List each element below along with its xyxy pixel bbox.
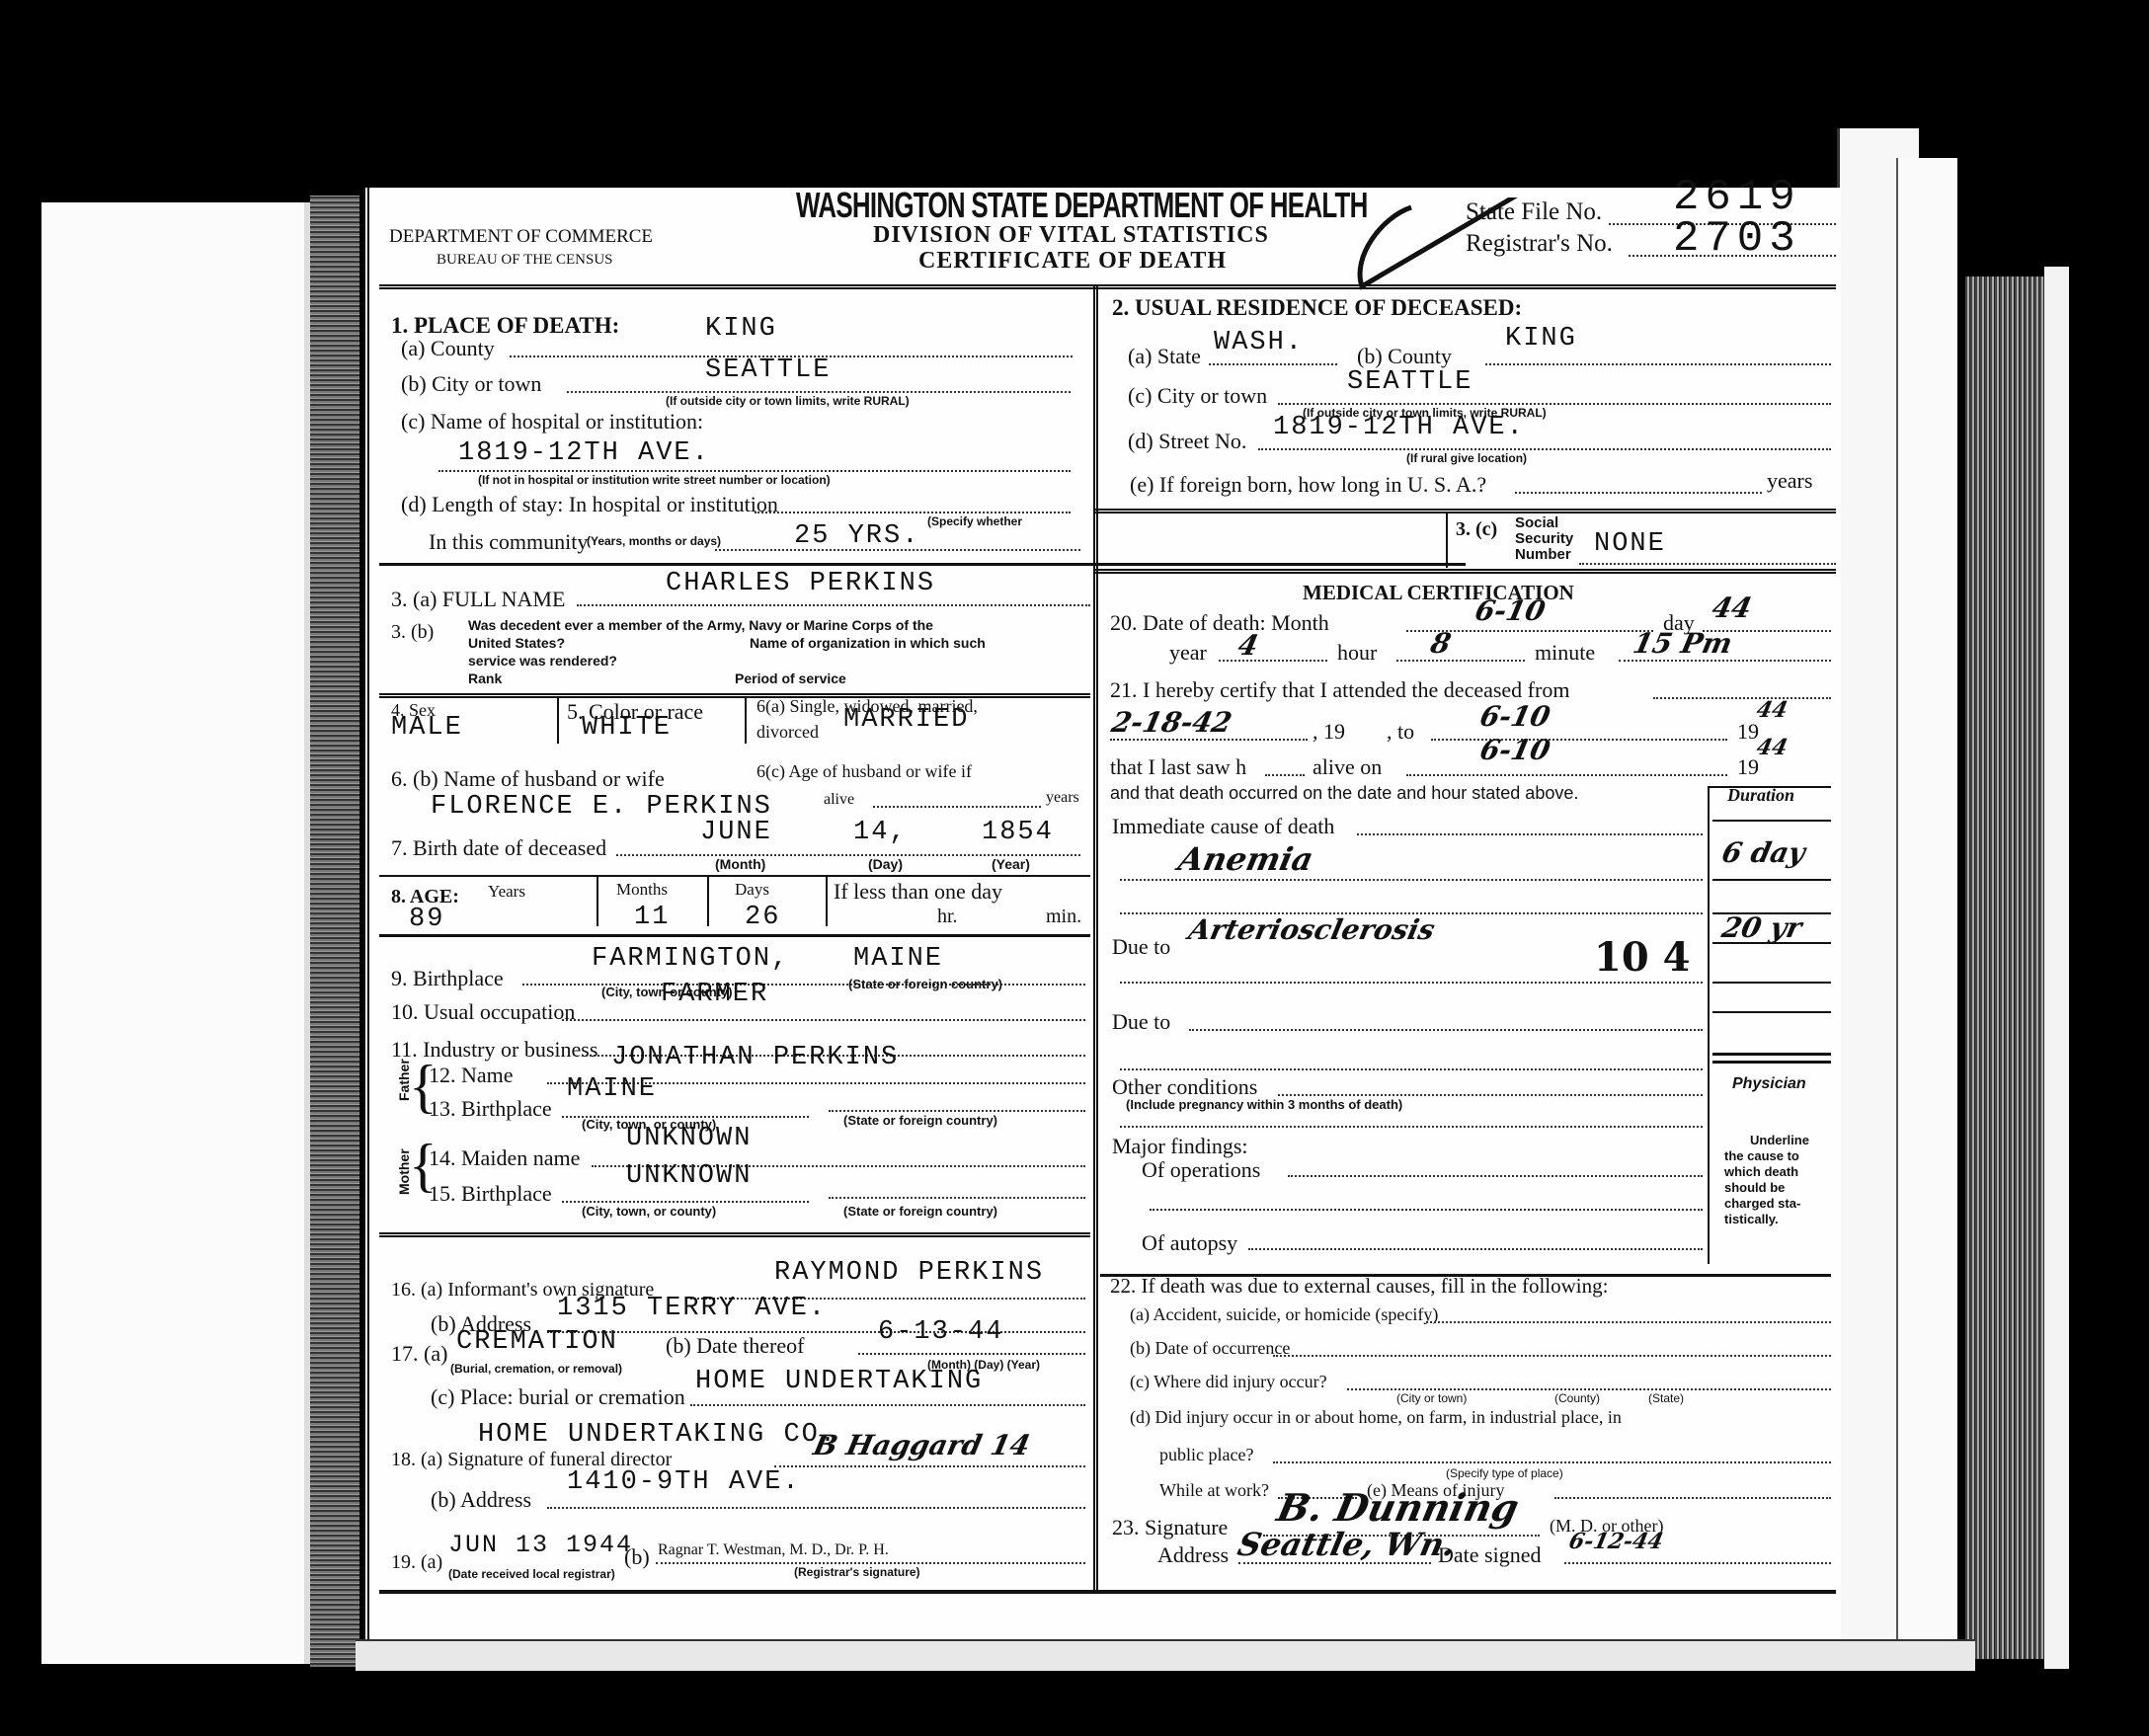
funeral-address-label: (b) Address [431, 1489, 531, 1511]
physician-note: tistically. [1724, 1213, 1779, 1225]
age-years: 89 [409, 907, 444, 933]
period-label: Period of service [735, 671, 846, 685]
physician-note: charged sta- [1724, 1197, 1800, 1210]
registrar-signature: Ragnar T. Westman, M. D., Dr. P. H. [658, 1542, 889, 1558]
registrar-label: Registrar's No. [1466, 231, 1613, 256]
certify-label: 21. I hereby certify that I attended the… [1110, 679, 1569, 701]
due-to-cause: Arteriosclerosis [1186, 916, 1437, 944]
year-note: (Year) [992, 857, 1030, 871]
attended-from: 2-18-42 [1109, 709, 1234, 737]
ss-num: 3. (c) [1456, 519, 1497, 539]
age-months: 11 [634, 905, 670, 931]
month-note: (Month) [715, 857, 765, 871]
race: WHITE [582, 715, 672, 742]
ss-label: Security [1515, 531, 1573, 546]
birth-month: JUNE [700, 820, 772, 846]
cremation-place: HOME UNDERTAKING [695, 1369, 983, 1395]
birth-day: 14, [853, 820, 908, 846]
physician-note: Underline [1750, 1134, 1809, 1146]
disposition-date-label: (b) Date thereof [666, 1335, 804, 1357]
military-org-label: Name of organization in which such [750, 636, 986, 650]
background-paper-bottom [356, 1639, 1975, 1671]
state-file-label: State File No. [1466, 199, 1602, 224]
social-security-number: NONE [1594, 531, 1666, 558]
res-street-label: (d) Street No. [1128, 431, 1246, 452]
operations-label: Of operations [1142, 1159, 1260, 1181]
physician-note: which death [1724, 1165, 1798, 1178]
external-a-label: (a) Accident, suicide, or homicide (spec… [1130, 1305, 1438, 1323]
due-to-label-2: Due to [1112, 1011, 1170, 1033]
date-signed: 6-12-44 [1567, 1531, 1665, 1552]
background-paper-right [1896, 158, 1957, 1669]
city-note: (City or town) [1396, 1392, 1467, 1404]
state-file-number: 2619 [1673, 176, 1801, 219]
community-note: (Years, months or days) [587, 535, 721, 547]
physician-address-label: Address [1157, 1544, 1229, 1566]
community-label: In this community [429, 531, 588, 553]
due-to-duration: 20 yr [1719, 914, 1804, 942]
day-note: (Day) [868, 857, 903, 871]
division-title: DIVISION OF VITAL STATISTICS [873, 223, 1269, 247]
physician-note: the cause to [1724, 1149, 1799, 1162]
death-hospital: 1819-12TH AVE. [458, 440, 710, 467]
death-minute-label: minute [1535, 642, 1595, 664]
birthplace-state: MAINE [853, 946, 943, 973]
mother-maiden-name: UNKNOWN [626, 1126, 752, 1152]
from-19: , 19 [1313, 721, 1345, 743]
disposition-note: (Burial, cremation, or removal) [450, 1363, 622, 1375]
registrar-note: (Registrar's signature) [794, 1566, 920, 1578]
mother-birth-label: 15. Birthplace [429, 1183, 552, 1205]
place-label: (c) Place: burial or cremation [431, 1386, 685, 1408]
external-c-label: (c) Where did injury occur? [1130, 1373, 1327, 1390]
military-label: United States? [468, 636, 565, 650]
major-findings-label: Major findings: [1112, 1136, 1248, 1157]
full-name: CHARLES PERKINS [666, 571, 935, 597]
years-label: Years [488, 883, 525, 900]
birthplace-city: FARMINGTON, [592, 946, 789, 973]
county-label: (a) County [401, 338, 495, 359]
death-month: 6-10 [1472, 597, 1548, 625]
immediate-cause: Anemia [1176, 843, 1316, 875]
father-birthplace: MAINE [567, 1076, 657, 1103]
external-causes-heading: 22. If death was due to external causes,… [1110, 1276, 1608, 1297]
age-days: 26 [745, 905, 780, 931]
place-type-note: (Specify type of place) [1446, 1467, 1563, 1479]
margin-code: 10 4 [1594, 938, 1690, 978]
due-to-label: Due to [1112, 936, 1170, 958]
ss-label: Number [1515, 547, 1571, 562]
attended-to: 6-10 [1477, 703, 1552, 731]
funeral-company: HOME UNDERTAKING CO. [478, 1422, 837, 1449]
state-note: (State) [1648, 1392, 1684, 1404]
spouse-age-label: alive [824, 792, 854, 808]
page-title: WASHINGTON STATE DEPARTMENT OF HEALTH [796, 188, 1368, 223]
duration-label: Duration [1727, 786, 1794, 804]
external-d-label-2: public place? [1159, 1446, 1253, 1463]
city-note: (If outside city or town limits, write R… [666, 395, 910, 407]
ss-label: Social [1515, 515, 1558, 530]
death-year: 4 [1235, 632, 1260, 660]
hr-label: hr. [937, 907, 958, 926]
funeral-sig-label: 18. (a) Signature of funeral director [391, 1450, 672, 1469]
death-hour-label: hour [1337, 642, 1377, 664]
external-d-label: (d) Did injury occur in or about home, o… [1130, 1408, 1622, 1426]
death-date-label: 20. Date of death: Month [1110, 612, 1329, 634]
foreign-label: (e) If foreign born, how long in U. S. A… [1130, 474, 1486, 496]
hospital-label: (c) Name of hospital or institution: [401, 411, 703, 433]
received-date: JUN 13 1944 [448, 1533, 633, 1557]
autopsy-label: Of autopsy [1142, 1232, 1237, 1254]
date-signed-label: Date signed [1438, 1544, 1541, 1566]
background-paper-edge [1965, 276, 2044, 1659]
alive-year: 44 [1755, 737, 1790, 758]
occurred-label: and that death occurred on the date and … [1110, 784, 1578, 802]
birth-date-label: 7. Birth date of deceased [391, 837, 606, 859]
birth-year: 1854 [982, 820, 1054, 846]
external-b-label: (b) Date of occurrence [1130, 1339, 1290, 1357]
min-label: min. [1046, 907, 1081, 926]
dept-commerce: DEPARTMENT OF COMMERCE [389, 227, 653, 246]
stay-note: (Specify whether [927, 515, 1022, 527]
death-county: KING [705, 316, 777, 343]
alive-on: 6-10 [1477, 737, 1552, 764]
residence-heading: 2. USUAL RESIDENCE OF DECEASED: [1112, 296, 1522, 319]
marital-label: divorced [756, 723, 819, 741]
community-length: 25 YRS. [794, 523, 919, 550]
occupation-label: 10. Usual occupation [391, 1001, 575, 1023]
state-note: (State or foreign country) [843, 1114, 997, 1127]
physician-address: Seattle, Wn. [1235, 1529, 1459, 1560]
rank-label: Rank [468, 671, 502, 685]
city-label: (b) City or town [401, 373, 541, 395]
marital-status: MARRIED [843, 707, 969, 734]
res-county-label: (b) County [1357, 346, 1452, 367]
registrar-b: (b) [624, 1546, 650, 1568]
spouse-label: 6. (b) Name of husband or wife [391, 768, 665, 790]
attended-to-year: 44 [1755, 699, 1790, 721]
res-state: WASH. [1214, 330, 1304, 356]
res-street: 1819-12TH AVE. [1273, 415, 1525, 441]
res-state-label: (a) State [1128, 346, 1201, 367]
funeral-signature: B Haggard 14 [811, 1432, 1032, 1460]
physician-note: should be [1724, 1181, 1785, 1194]
physician-sig-label: 23. Signature [1112, 1517, 1228, 1539]
less-day-label: If less than one day [834, 881, 1002, 903]
days-label: Days [735, 881, 769, 898]
other-conditions-label: Other conditions [1112, 1076, 1257, 1098]
res-street-note: (If rural give location) [1406, 452, 1527, 464]
military-label: Was decedent ever a member of the Army, … [468, 618, 933, 632]
disposition: CREMATION [456, 1329, 618, 1356]
city-note: (City, town, or county) [582, 1205, 716, 1218]
other-conditions-note: (Include pregnancy within 3 months of de… [1126, 1098, 1402, 1111]
father-birth-label: 13. Birthplace [429, 1098, 552, 1120]
hospital-note: (If not in hospital or institution write… [478, 474, 831, 486]
state-note: (State or foreign country) [848, 978, 1002, 990]
spouse-age-label: 6(c) Age of husband or wife if [756, 762, 972, 780]
mother-maiden-label: 14. Maiden name [429, 1147, 580, 1169]
registrar-number: 2703 [1673, 217, 1801, 261]
attended-to-19: 19 [1737, 721, 1759, 743]
funeral-address: 1410-9TH AVE. [567, 1469, 801, 1496]
alive-label: alive on [1313, 756, 1382, 778]
death-city: SEATTLE [705, 357, 831, 384]
stay-label: (d) Length of stay: In hospital or insti… [401, 494, 778, 515]
informant-address: 1315 TERRY AVE. [557, 1296, 827, 1322]
mother-birthplace: UNKNOWN [626, 1163, 752, 1190]
disposition-date: 6-13-44 [878, 1319, 1003, 1346]
received-note: (Date received local registrar) [448, 1568, 615, 1580]
age-label: 8. AGE: [391, 887, 459, 907]
military-service-label: service was rendered? [468, 654, 617, 668]
res-city-label: (c) City or town [1128, 385, 1267, 407]
immediate-cause-label: Immediate cause of death [1112, 816, 1334, 837]
while-at-work-label: While at work? [1159, 1481, 1269, 1499]
sex: MALE [391, 715, 463, 742]
birthplace-label: 9. Birthplace [391, 968, 504, 989]
res-city: SEATTLE [1347, 369, 1472, 396]
state-note: (State or foreign country) [843, 1205, 997, 1218]
last-saw-label: that I last saw h [1110, 756, 1246, 778]
res-county: KING [1505, 326, 1577, 353]
physician-heading: Physician [1732, 1076, 1806, 1092]
spouse-name: FLORENCE E. PERKINS [431, 794, 772, 821]
disposition-num: 17. (a) [391, 1343, 447, 1365]
background-paper-left [41, 202, 310, 1664]
bureau-census: BUREAU OF THE CENSUS [437, 253, 613, 268]
informant-name: RAYMOND PERKINS [774, 1260, 1044, 1287]
father-name: JONATHAN PERKINS [611, 1045, 899, 1071]
death-minute: 15 Pm [1631, 630, 1734, 658]
immediate-duration: 6 day [1719, 839, 1807, 867]
to-label: , to [1387, 721, 1414, 743]
physician-signature: B. Dunning [1274, 1489, 1522, 1527]
death-year-label: year [1169, 642, 1207, 664]
registrar-num: 19. (a) [391, 1552, 442, 1572]
county-note: (County) [1554, 1392, 1600, 1404]
death-certificate: DEPARTMENT OF COMMERCE BUREAU OF THE CEN… [363, 188, 1841, 1639]
father-name-label: 12. Name [429, 1065, 514, 1086]
place-of-death-heading: 1. PLACE OF DEATH: [391, 314, 619, 337]
death-day: 44 [1710, 594, 1754, 622]
background-paper-right [2044, 267, 2069, 1669]
occupation: FARMER [661, 982, 768, 1008]
spouse-age-unit: years [1046, 790, 1079, 806]
certificate-title: CERTIFICATE OF DEATH [918, 249, 1227, 273]
binding-edge [310, 196, 359, 1667]
full-name-label: 3. (a) FULL NAME [391, 589, 565, 610]
months-label: Months [616, 881, 668, 898]
military-num: 3. (b) [391, 622, 434, 642]
death-hour: 8 [1428, 630, 1453, 658]
foreign-unit: years [1767, 470, 1812, 492]
